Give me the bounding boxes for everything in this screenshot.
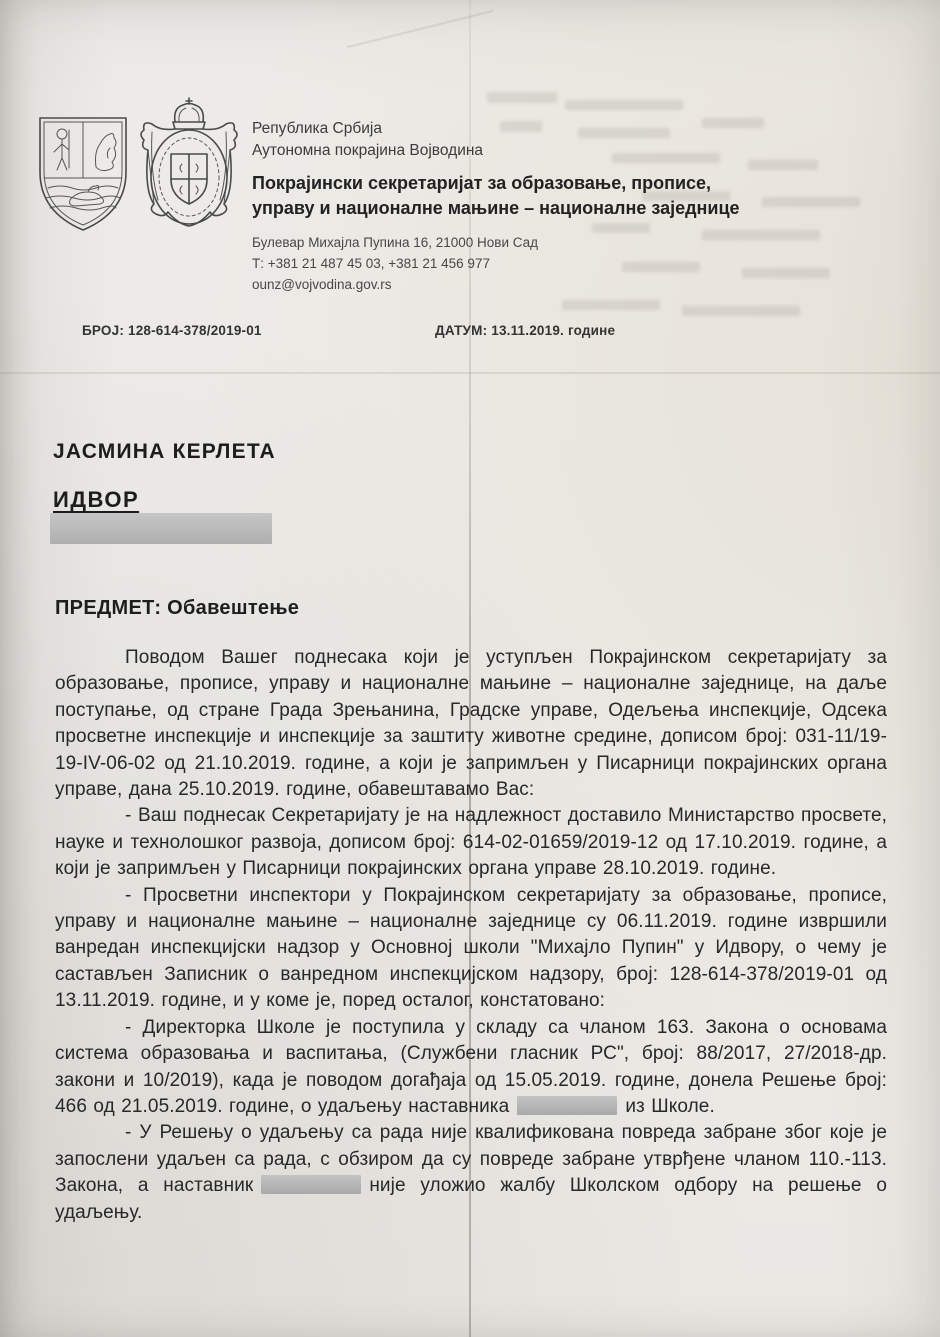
- vojvodina-coat-of-arms-icon: [130, 92, 248, 242]
- province-line: Аутономна покрајина Војводина: [252, 140, 740, 162]
- organization-name: Покрајински секретаријат за образовање, …: [252, 171, 740, 221]
- paragraph-5: - У Решењу о удаљењу са рада није квалиф…: [55, 1120, 887, 1226]
- address-line: Булевар Михајла Пупина 16, 21000 Нови Са…: [252, 232, 740, 253]
- country-line: Република Србија: [252, 118, 740, 140]
- email-line: ounz@vojvodina.gov.rs: [252, 274, 740, 295]
- letter-body: Поводом Вашег поднесака који је уступљен…: [55, 645, 887, 1226]
- recipient-name: ЈАСМИНА КЕРЛЕТА: [53, 440, 276, 464]
- organization-name-line1: Покрајински секретаријат за образовање, …: [252, 171, 740, 196]
- teacher-name-redaction-box: [517, 1096, 617, 1115]
- paragraph-2: - Ваш поднесак Секретаријату је на надле…: [55, 803, 887, 882]
- reference-number: БРОЈ: 128-614-378/2019-01: [82, 323, 262, 338]
- paragraph-1: Поводом Вашег поднесака који је уступљен…: [55, 645, 887, 803]
- vojvodina-traditional-coat-of-arms-icon: [32, 112, 134, 237]
- paragraph-4-text-after: из Школе.: [625, 1096, 715, 1117]
- teacher-name-redaction-box: [261, 1175, 361, 1194]
- reference-date: ДАТУМ: 13.11.2019. године: [435, 323, 615, 338]
- recipient-address-redaction-box: [50, 513, 272, 544]
- horizontal-fold-crease: [0, 372, 940, 374]
- letterhead: Република Србија Аутономна покрајина Вој…: [252, 118, 740, 295]
- scanned-letter-page: Република Србија Аутономна покрајина Вој…: [0, 0, 940, 1337]
- organization-name-line2: управу и националне мањине – националне …: [252, 196, 740, 221]
- paragraph-3: - Просветни инспектори у Покрајинском се…: [55, 883, 887, 1015]
- paragraph-4-text-before: - Директорка Школе је поступила у складу…: [55, 1017, 887, 1117]
- recipient-place: ИДВОР: [53, 487, 139, 513]
- subject-line: ПРЕДМЕТ: Обавештење: [55, 597, 299, 620]
- corner-crease: [347, 10, 493, 48]
- phone-line: Т: +381 21 487 45 03, +381 21 456 977: [252, 253, 740, 274]
- paragraph-4: - Директорка Школе је поступила у складу…: [55, 1015, 887, 1121]
